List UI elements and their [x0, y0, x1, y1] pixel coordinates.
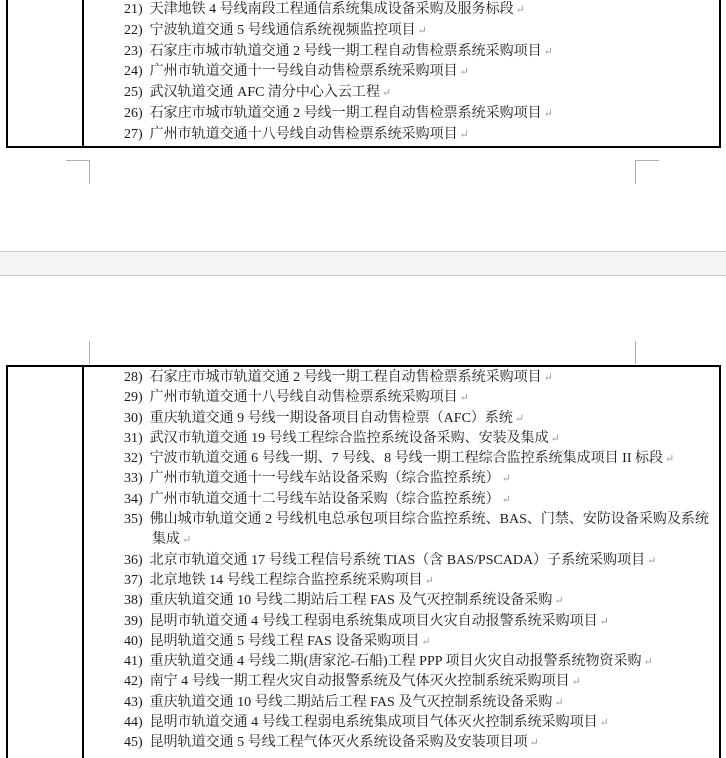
list-item[interactable]: 44)昆明市轨道交通 4 号线工程弱电系统集成项目气体灭火控制系统采购项目↵: [124, 713, 712, 733]
list-item[interactable]: 24)广州市轨道交通十一号线自动售检票系统采购项目↵: [124, 62, 712, 83]
line-break-mark: ↵: [515, 409, 524, 429]
item-text: 广州市轨道交通十八号线自动售检票系统采购项目: [150, 127, 458, 142]
document-canvas: 21)天津地铁 4 号线南段工程通信系统集成设备采购及服务标段↵ 22)宁波轨道…: [0, 0, 726, 758]
line-break-mark: ↵: [600, 612, 609, 632]
item-number: 27): [124, 127, 143, 142]
line-break-mark: ↵: [382, 83, 391, 104]
list-item[interactable]: 34)广州市轨道交通十二号线车站设备采购（综合监控系统）↵: [124, 490, 712, 510]
table1-empty-cell: [8, 0, 82, 146]
margin-mark-top-right-v: [635, 341, 636, 364]
list-item[interactable]: 42)南宁 4 号线一期工程火灾自动报警系统及气体灭火控制系统采购项目↵: [124, 672, 712, 692]
item-number: 31): [124, 431, 143, 446]
item-number: 39): [124, 614, 143, 629]
item-text: 重庆轨道交通 10 号线二期站后工程 FAS 及气灭控制系统设备采购: [150, 593, 553, 608]
item-number: 43): [124, 695, 143, 710]
table2-empty-cell: [8, 367, 82, 758]
item-text: 广州市轨道交通十一号线车站设备采购（综合监控系统）: [150, 471, 500, 486]
line-break-mark: ↵: [530, 733, 539, 753]
list-item[interactable]: 37)北京地铁 14 号线工程综合监控系统采购项目↵: [124, 571, 712, 591]
item-text: 广州市轨道交通十二号线车站设备采购（综合监控系统）: [150, 492, 500, 507]
list-item[interactable]: 45)昆明轨道交通 5 号线工程气体灭火系统设备采购及安装项目项↵: [124, 733, 712, 753]
list-item[interactable]: 28)石家庄市城市轨道交通 2 号线一期工程自动售检票系统采购项目↵: [124, 368, 712, 388]
line-break-mark: ↵: [418, 21, 427, 42]
line-break-mark: ↵: [421, 632, 430, 652]
item-text: 石家庄市城市轨道交通 2 号线一期工程自动售检票系统采购项目: [150, 44, 542, 59]
item-text: 宁波轨道交通 5 号线通信系统视频监控项目: [150, 23, 416, 38]
line-break-mark: ↵: [516, 0, 525, 21]
table1-right-border: [719, 0, 721, 147]
line-break-mark: ↵: [502, 490, 511, 510]
line-break-mark: ↵: [425, 571, 434, 591]
item-text: 昆明市轨道交通 4 号线工程弱电系统集成项目气体灭火控制系统采购项目: [150, 715, 598, 730]
item-number: 40): [124, 634, 143, 649]
list-item[interactable]: 36)北京市轨道交通 17 号线工程信号系统 TIAS（含 BAS/PSCADA…: [124, 551, 712, 571]
table2-column-divider: [82, 365, 84, 758]
line-break-mark: ↵: [554, 693, 563, 713]
item-text: 石家庄市城市轨道交通 2 号线一期工程自动售检票系统采购项目: [150, 106, 542, 121]
line-break-mark: ↵: [544, 368, 553, 388]
line-break-mark: ↵: [554, 591, 563, 611]
list-item[interactable]: 43)重庆轨道交通 10 号线二期站后工程 FAS 及气灭控制系统设备采购↵: [124, 693, 712, 713]
margin-mark-top-left-v: [89, 341, 90, 364]
item-number: 29): [124, 390, 143, 405]
list-item[interactable]: 30)重庆轨道交通 9 号线一期设备项目自动售检票（AFC）系统↵: [124, 409, 712, 429]
margin-mark-bottom-left-v: [89, 160, 90, 184]
item-number: 44): [124, 715, 143, 730]
item-number: 35): [124, 512, 143, 527]
item-text: 宁波市轨道交通 6 号线一期、7 号线、8 号线一期工程综合监控系统集成项目 I…: [150, 451, 663, 466]
list-item[interactable]: 32)宁波市轨道交通 6 号线一期、7 号线、8 号线一期工程综合监控系统集成项…: [124, 449, 712, 469]
list-item[interactable]: 26)石家庄市城市轨道交通 2 号线一期工程自动售检票系统采购项目↵: [124, 104, 712, 125]
item-number: 42): [124, 674, 143, 689]
line-break-mark: ↵: [665, 449, 674, 469]
line-break-mark: ↵: [544, 42, 553, 63]
margin-mark-bottom-right-h: [635, 160, 659, 161]
item-number: 25): [124, 85, 143, 100]
list-item[interactable]: 25)武汉轨道交通 AFC 清分中心入云工程↵: [124, 83, 712, 104]
item-text: 昆明轨道交通 5 号线工程气体灭火系统设备采购及安装项目项: [150, 735, 528, 750]
item-text: 重庆轨道交通 10 号线二期站后工程 FAS 及气灭控制系统设备采购: [150, 695, 553, 710]
line-break-mark: ↵: [572, 672, 581, 692]
item-text: 广州市轨道交通十一号线自动售检票系统采购项目: [150, 64, 458, 79]
line-break-mark: ↵: [460, 388, 469, 408]
item-number: 26): [124, 106, 143, 121]
line-break-mark: ↵: [502, 469, 511, 489]
list-item[interactable]: 35)佛山城市轨道交通 2 号线机电总承包项目综合监控系统、BAS、门禁、安防设…: [124, 510, 712, 551]
item-number: 32): [124, 451, 143, 466]
line-break-mark: ↵: [600, 713, 609, 733]
item-number: 28): [124, 370, 143, 385]
table2-top-border: [6, 365, 721, 367]
item-number: 36): [124, 553, 143, 568]
item-text: 武汉轨道交通 AFC 清分中心入云工程: [150, 85, 380, 100]
line-break-mark: ↵: [551, 429, 560, 449]
list-item[interactable]: 33)广州市轨道交通十一号线车站设备采购（综合监控系统）↵: [124, 469, 712, 489]
table1-column-divider: [82, 0, 84, 147]
margin-mark-bottom-right-v: [635, 160, 636, 184]
project-list-page1: 21)天津地铁 4 号线南段工程通信系统集成设备采购及服务标段↵ 22)宁波轨道…: [124, 0, 712, 146]
item-text: 北京市轨道交通 17 号线工程信号系统 TIAS（含 BAS/PSCADA）子系…: [150, 553, 645, 568]
item-number: 21): [124, 2, 143, 17]
item-number: 22): [124, 23, 143, 38]
item-number: 34): [124, 492, 143, 507]
item-text: 广州市轨道交通十八号线自动售检票系统采购项目: [150, 390, 458, 405]
line-break-mark: ↵: [647, 551, 656, 571]
item-number: 30): [124, 411, 143, 426]
list-item[interactable]: 41)重庆轨道交通 4 号线二期(唐家沱-石船)工程 PPP 项目火灾自动报警系…: [124, 652, 712, 672]
item-number: 24): [124, 64, 143, 79]
item-number: 45): [124, 735, 143, 750]
item-text: 重庆轨道交通 9 号线一期设备项目自动售检票（AFC）系统: [150, 411, 513, 426]
line-break-mark: ↵: [544, 104, 553, 125]
project-list-page2: 28)石家庄市城市轨道交通 2 号线一期工程自动售检票系统采购项目↵ 29)广州…: [124, 368, 712, 754]
item-text: 天津地铁 4 号线南段工程通信系统集成设备采购及服务标段: [150, 2, 514, 17]
item-number: 23): [124, 44, 143, 59]
list-item[interactable]: 23)石家庄市城市轨道交通 2 号线一期工程自动售检票系统采购项目↵: [124, 42, 712, 63]
line-break-mark: ↵: [460, 62, 469, 83]
page-separator: [0, 251, 726, 276]
item-number: 33): [124, 471, 143, 486]
item-text: 北京地铁 14 号线工程综合监控系统采购项目: [150, 573, 423, 588]
list-item[interactable]: 31)武汉市轨道交通 19 号线工程综合监控系统设备采购、安装及集成↵: [124, 429, 712, 449]
item-text: 重庆轨道交通 4 号线二期(唐家沱-石船)工程 PPP 项目火灾自动报警系统物资…: [150, 654, 642, 669]
line-break-mark: ↵: [182, 530, 191, 550]
item-text: 昆明轨道交通 5 号线工程 FAS 设备采购项目: [150, 634, 420, 649]
item-number: 41): [124, 654, 143, 669]
list-item[interactable]: 27)广州市轨道交通十八号线自动售检票系统采购项目↵: [124, 125, 712, 146]
item-text: 南宁 4 号线一期工程火灾自动报警系统及气体灭火控制系统采购项目: [150, 674, 570, 689]
item-number: 38): [124, 593, 143, 608]
item-text: 佛山城市轨道交通 2 号线机电总承包项目综合监控系统、BAS、门禁、安防设备采购…: [150, 512, 709, 547]
item-number: 37): [124, 573, 143, 588]
list-item[interactable]: 38)重庆轨道交通 10 号线二期站后工程 FAS 及气灭控制系统设备采购↵: [124, 591, 712, 611]
list-item[interactable]: 40)昆明轨道交通 5 号线工程 FAS 设备采购项目↵: [124, 632, 712, 652]
line-break-mark: ↵: [460, 125, 469, 146]
table1-bottom-border: [6, 146, 721, 148]
item-text: 武汉市轨道交通 19 号线工程综合监控系统设备采购、安装及集成: [150, 431, 549, 446]
list-item[interactable]: 39)昆明市轨道交通 4 号线工程弱电系统集成项目火灾自动报警系统采购项目↵: [124, 612, 712, 632]
line-break-mark: ↵: [644, 652, 653, 672]
list-item[interactable]: 22)宁波轨道交通 5 号线通信系统视频监控项目↵: [124, 21, 712, 42]
list-item[interactable]: 21)天津地铁 4 号线南段工程通信系统集成设备采购及服务标段↵: [124, 0, 712, 21]
item-text: 石家庄市城市轨道交通 2 号线一期工程自动售检票系统采购项目: [150, 370, 542, 385]
list-item[interactable]: 29)广州市轨道交通十八号线自动售检票系统采购项目↵: [124, 388, 712, 408]
margin-mark-bottom-left-h: [66, 160, 90, 161]
item-text: 昆明市轨道交通 4 号线工程弱电系统集成项目火灾自动报警系统采购项目: [150, 614, 598, 629]
table2-right-border: [719, 365, 721, 758]
